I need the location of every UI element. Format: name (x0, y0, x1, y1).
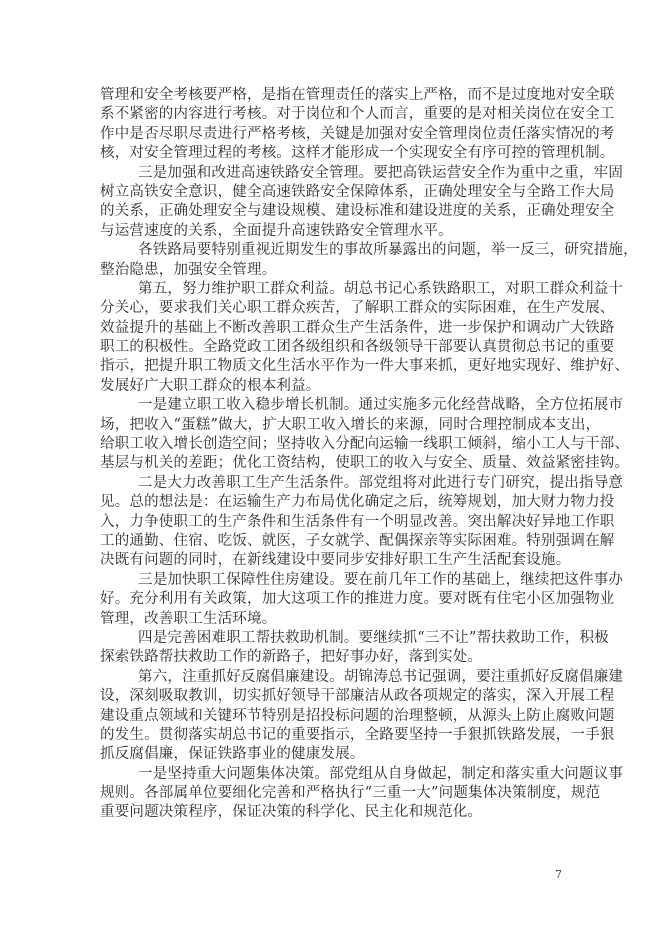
text-line: 见。总的想法是：在运输生产力布局优化确定之后，统筹规划，加大财力物力投 (100, 493, 562, 512)
paragraph: 二是大力改善职工生产生活条件。部党组将对此进行专门研究，提出指导意见。总的想法是… (100, 474, 562, 571)
text-line: 入，力争使职工的生产条件和生活条件有一个明显改善。突出解决好异地工作职 (100, 513, 562, 532)
page-number: 7 (555, 868, 562, 881)
paragraph: 一是坚持重大问题集体决策。部党组从自身做起，制定和落实重大问题议事规则。各部属单… (100, 765, 562, 823)
paragraph: 一是建立职工收入稳步增长机制。通过实施多元化经营战略，全方位拓展市场，把收入“蛋… (100, 396, 562, 474)
text-line: 决既有问题的同时，在新线建设中要同步安排好职工生产生活配套设施。 (100, 551, 562, 570)
text-line: 重要问题决策程序，保证决策的科学化、民主化和规范化。 (100, 803, 562, 822)
text-line: 核，对安全管理过程的考核。这样才能形成一个实现安全有序可控的管理机制。 (100, 144, 562, 163)
text-line: 第五，努力维护职工群众利益。胡总书记心系铁路职工，对职工群众利益十 (100, 280, 562, 299)
text-line: 三是加强和改进高速铁路安全管理。要把高铁运营安全作为重中之重，牢固 (100, 164, 562, 183)
text-line: 工的通勤、住宿、吃饭、就医，子女就学、配偶探亲等实际困难。特别强调在解 (100, 532, 562, 551)
text-line: 场，把收入“蛋糕”做大，扩大职工收入增长的来源，同时合理控制成本支出， (100, 416, 562, 435)
text-line: 四是完善困难职工帮扶救助机制。要继续抓“三不让”帮扶救助工作，积极 (100, 629, 562, 648)
text-line: 发展好广大职工群众的根本利益。 (100, 377, 562, 396)
text-line: 系不紧密的内容进行考核。对于岗位和个人而言，重要的是对相关岗位在安全工 (100, 105, 562, 124)
text-line: 指示，把提升职工物质文化生活水平作为一件大事来抓，更好地实现好、维护好、 (100, 357, 562, 376)
text-line: 的发生。贯彻落实胡总书记的重要指示，全路要坚持一手狠抓铁路发展，一手狠 (100, 726, 562, 745)
text-line: 好。充分利用有关政策，加大这项工作的推进力度。要对既有住宅小区加强物业 (100, 590, 562, 609)
paragraph: 三是加强和改进高速铁路安全管理。要把高铁运营安全作为重中之重，牢固树立高铁安全意… (100, 164, 562, 242)
paragraph: 第六，注重抓好反腐倡廉建设。胡锦涛总书记强调，要注重抓好反腐倡廉建设，深刻吸取教… (100, 668, 562, 765)
text-line: 建设重点领域和关键环节特别是招投标问题的治理整顿，从源头上防止腐败问题 (100, 707, 562, 726)
text-line: 树立高铁安全意识，健全高速铁路安全保障体系，正确处理安全与全路工作大局 (100, 183, 562, 202)
paragraph: 三是加快职工保障性住房建设。要在前几年工作的基础上，继续把这件事办好。充分利用有… (100, 571, 562, 629)
text-line: 基层与机关的差距；优化工资结构，使职工的收入与安全、质量、效益紧密挂钩。 (100, 454, 562, 473)
text-line: 效益提升的基础上不断改善职工群众生产生活条件，进一步保护和调动广大铁路 (100, 319, 562, 338)
text-line: 管理和安全考核要严格，是指在管理责任的落实上严格，而不是过度地对安全联 (100, 86, 562, 105)
text-line: 一是建立职工收入稳步增长机制。通过实施多元化经营战略，全方位拓展市 (100, 396, 562, 415)
text-line: 整治隐患，加强安全管理。 (100, 261, 562, 280)
text-line: 的关系，正确处理安全与建设规模、建设标准和建设进度的关系，正确处理安全 (100, 202, 562, 221)
text-line: 三是加快职工保障性住房建设。要在前几年工作的基础上，继续把这件事办 (100, 571, 562, 590)
text-line: 探索铁路帮扶救助工作的新路子，把好事办好，落到实处。 (100, 648, 562, 667)
text-line: 职工的积极性。全路党政工团各级组织和各级领导干部要认真贯彻总书记的重要 (100, 338, 562, 357)
text-line: 各铁路局要特别重视近期发生的事故所暴露出的问题，举一反三，研究措施， (100, 241, 562, 260)
text-line: 与运营速度的关系，全面提升高速铁路安全管理水平。 (100, 222, 562, 241)
paragraph: 第五，努力维护职工群众利益。胡总书记心系铁路职工，对职工群众利益十分关心，要求我… (100, 280, 562, 396)
text-line: 给职工收入增长创造空间；坚持收入分配向运输一线职工倾斜，缩小工人与干部、 (100, 435, 562, 454)
paragraph: 四是完善困难职工帮扶救助机制。要继续抓“三不让”帮扶救助工作，积极探索铁路帮扶救… (100, 629, 562, 668)
text-line: 第六，注重抓好反腐倡廉建设。胡锦涛总书记强调，要注重抓好反腐倡廉建 (100, 668, 562, 687)
text-line: 一是坚持重大问题集体决策。部党组从自身做起，制定和落实重大问题议事 (100, 765, 562, 784)
document-body: 管理和安全考核要严格，是指在管理责任的落实上严格，而不是过度地对安全联系不紧密的… (100, 86, 562, 823)
text-line: 规则。各部属单位要细化完善和严格执行“三重一大”问题集体决策制度，规范 (100, 784, 562, 803)
text-line: 设，深刻吸取教训，切实抓好领导干部廉洁从政各项规定的落实，深入开展工程 (100, 687, 562, 706)
text-line: 分关心，要求我们关心职工群众疾苦，了解职工群众的实际困难，在生产发展、 (100, 299, 562, 318)
text-line: 作中是否尽职尽责进行严格考核，关键是加强对安全管理岗位责任落实情况的考 (100, 125, 562, 144)
text-line: 管理，改善职工生活环境。 (100, 610, 562, 629)
text-line: 二是大力改善职工生产生活条件。部党组将对此进行专门研究，提出指导意 (100, 474, 562, 493)
paragraph: 管理和安全考核要严格，是指在管理责任的落实上严格，而不是过度地对安全联系不紧密的… (100, 86, 562, 164)
text-line: 抓反腐倡廉，保证铁路事业的健康发展。 (100, 745, 562, 764)
paragraph: 各铁路局要特别重视近期发生的事故所暴露出的问题，举一反三，研究措施，整治隐患，加… (100, 241, 562, 280)
